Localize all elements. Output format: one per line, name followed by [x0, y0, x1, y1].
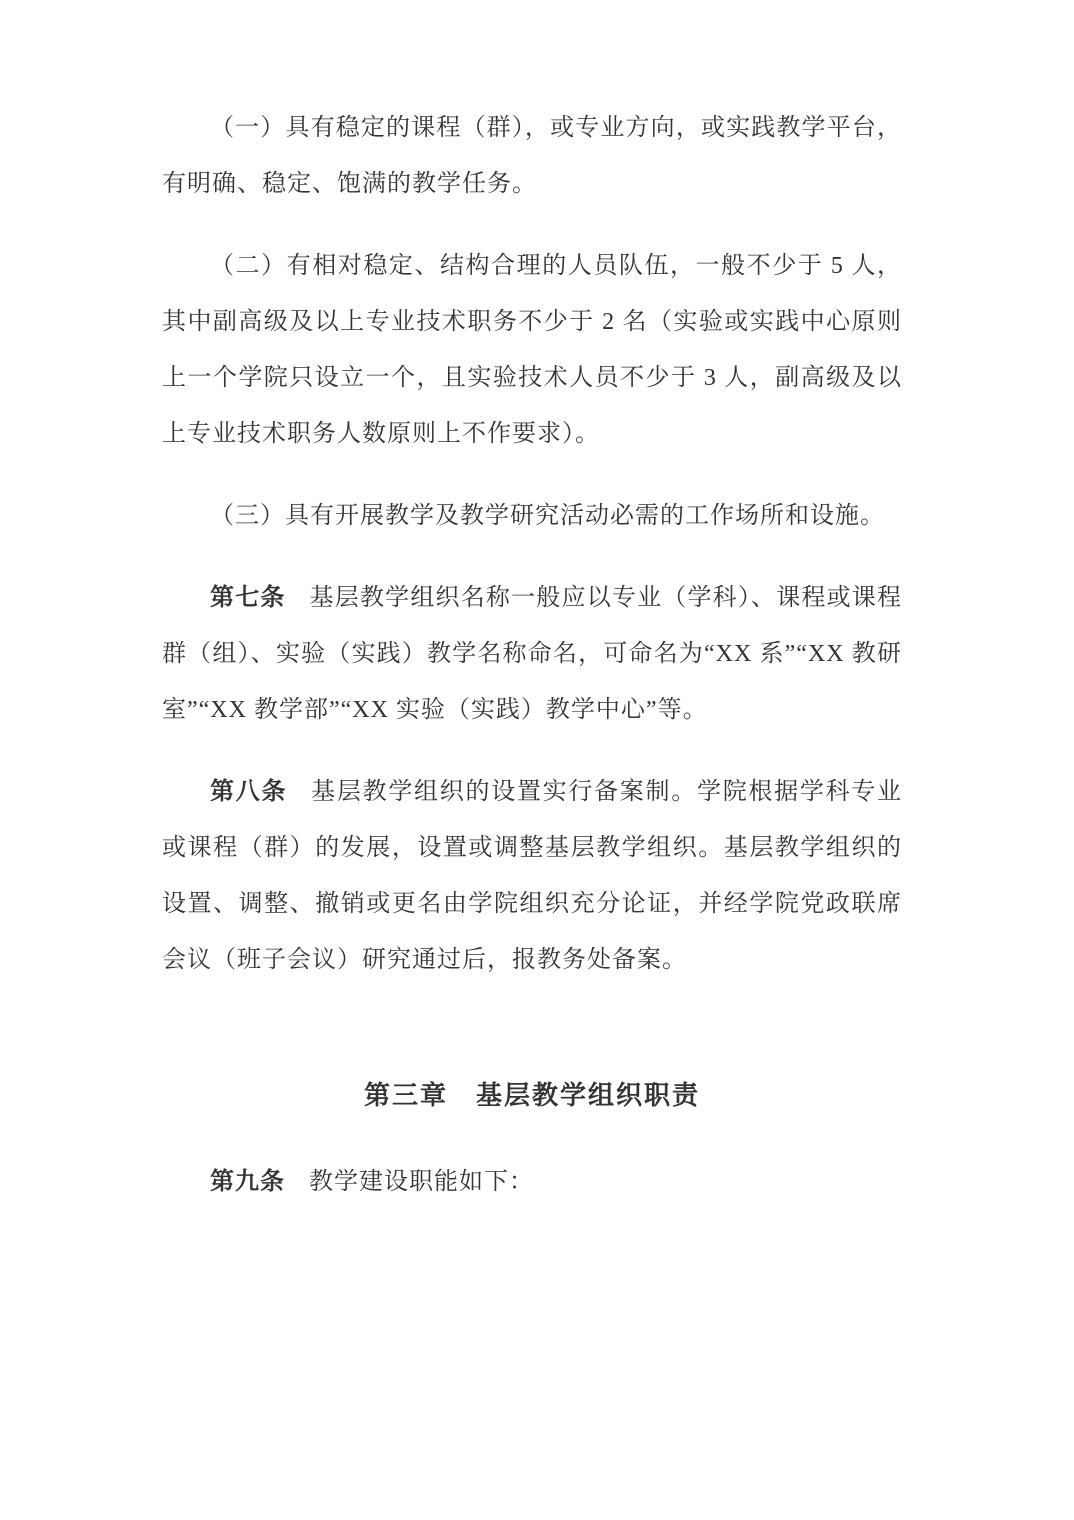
article-number-8: 第八条: [210, 779, 287, 805]
paragraph-article-7: 第七条基层教学组织名称一般应以专业（学科）、课程或课程群（组）、实验（实践）教学…: [162, 570, 902, 738]
document-page: （一）具有稳定的课程（群），或专业方向，或实践教学平台，有明确、稳定、饱满的教学…: [162, 100, 902, 1236]
paragraph-text: （一）具有稳定的课程（群），或专业方向，或实践教学平台，有明确、稳定、饱满的教学…: [162, 115, 902, 197]
paragraph-article-9: 第九条教学建设职能如下：: [162, 1154, 902, 1210]
chapter-heading: 第三章 基层教学组织职责: [162, 1068, 902, 1124]
article-number-9: 第九条: [210, 1169, 285, 1195]
paragraph-text: （三）具有开展教学及教学研究活动必需的工作场所和设施。: [210, 503, 885, 529]
paragraph-item-3: （三）具有开展教学及教学研究活动必需的工作场所和设施。: [162, 488, 902, 544]
paragraph-text: （二）有相对稳定、结构合理的人员队伍，一般不少于 5 人，其中副高级及以上专业技…: [162, 253, 902, 447]
paragraph-article-8: 第八条基层教学组织的设置实行备案制。学院根据学科专业或课程（群）的发展，设置或调…: [162, 764, 902, 988]
paragraph-text: 教学建设职能如下：: [309, 1169, 534, 1195]
paragraph-item-1: （一）具有稳定的课程（群），或专业方向，或实践教学平台，有明确、稳定、饱满的教学…: [162, 100, 902, 212]
paragraph-text: 基层教学组织的设置实行备案制。学院根据学科专业或课程（群）的发展，设置或调整基层…: [162, 779, 902, 973]
paragraph-item-2: （二）有相对稳定、结构合理的人员队伍，一般不少于 5 人，其中副高级及以上专业技…: [162, 238, 902, 462]
article-number-7: 第七条: [210, 585, 286, 611]
